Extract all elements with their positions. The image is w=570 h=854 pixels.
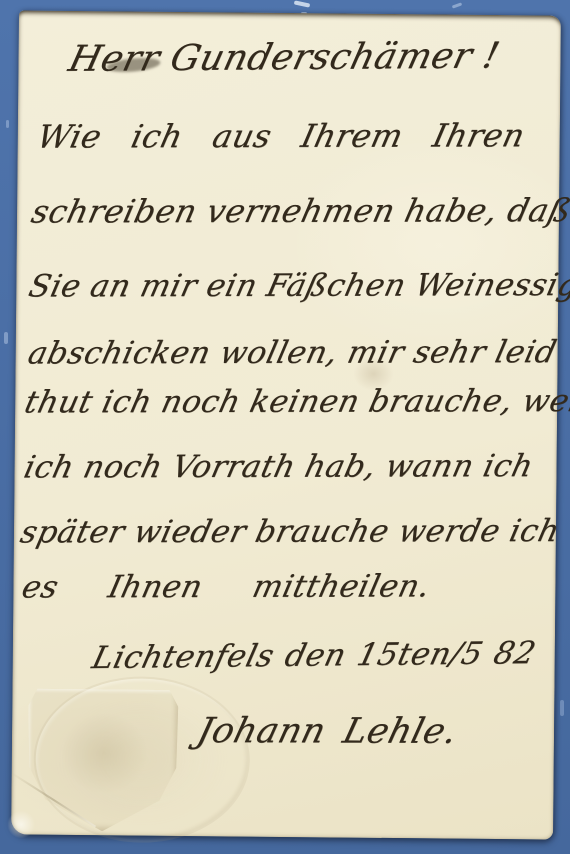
signature-line: Johann Lehle. [193, 712, 461, 752]
postcard: Herr Gunderschämer ! Wie ich aus Ihrem I… [11, 10, 561, 839]
body-line: später wieder brauche werde ich [17, 514, 531, 550]
scratch-mark [560, 700, 564, 716]
body-line: Sie an mir ein Fäßchen Weinessig [25, 268, 551, 304]
embossed-seal-relief [60, 712, 148, 795]
scratch-mark [6, 120, 9, 128]
scratch-mark [4, 332, 8, 344]
scan-background: Herr Gunderschämer ! Wie ich aus Ihrem I… [0, 0, 570, 854]
salutation-line: Herr Gunderschämer ! [65, 37, 481, 80]
body-line: schreiben vernehmen habe, daß [28, 193, 533, 230]
body-line: thut ich noch keinen brauche, weil [21, 384, 555, 420]
scratch-mark [294, 0, 310, 7]
body-line: ich noch Vorrath hab, wann ich [21, 449, 530, 485]
worn-corner [7, 810, 35, 838]
body-line: es Ihnen mittheilen. [18, 569, 433, 605]
dateline: Lichtenfels den 15ten/5 82 [89, 636, 540, 676]
body-line: abschicken wollen, mir sehr leid [25, 335, 544, 371]
body-line: Wie ich aus Ihrem Ihren [34, 118, 529, 155]
scratch-mark [452, 2, 462, 8]
